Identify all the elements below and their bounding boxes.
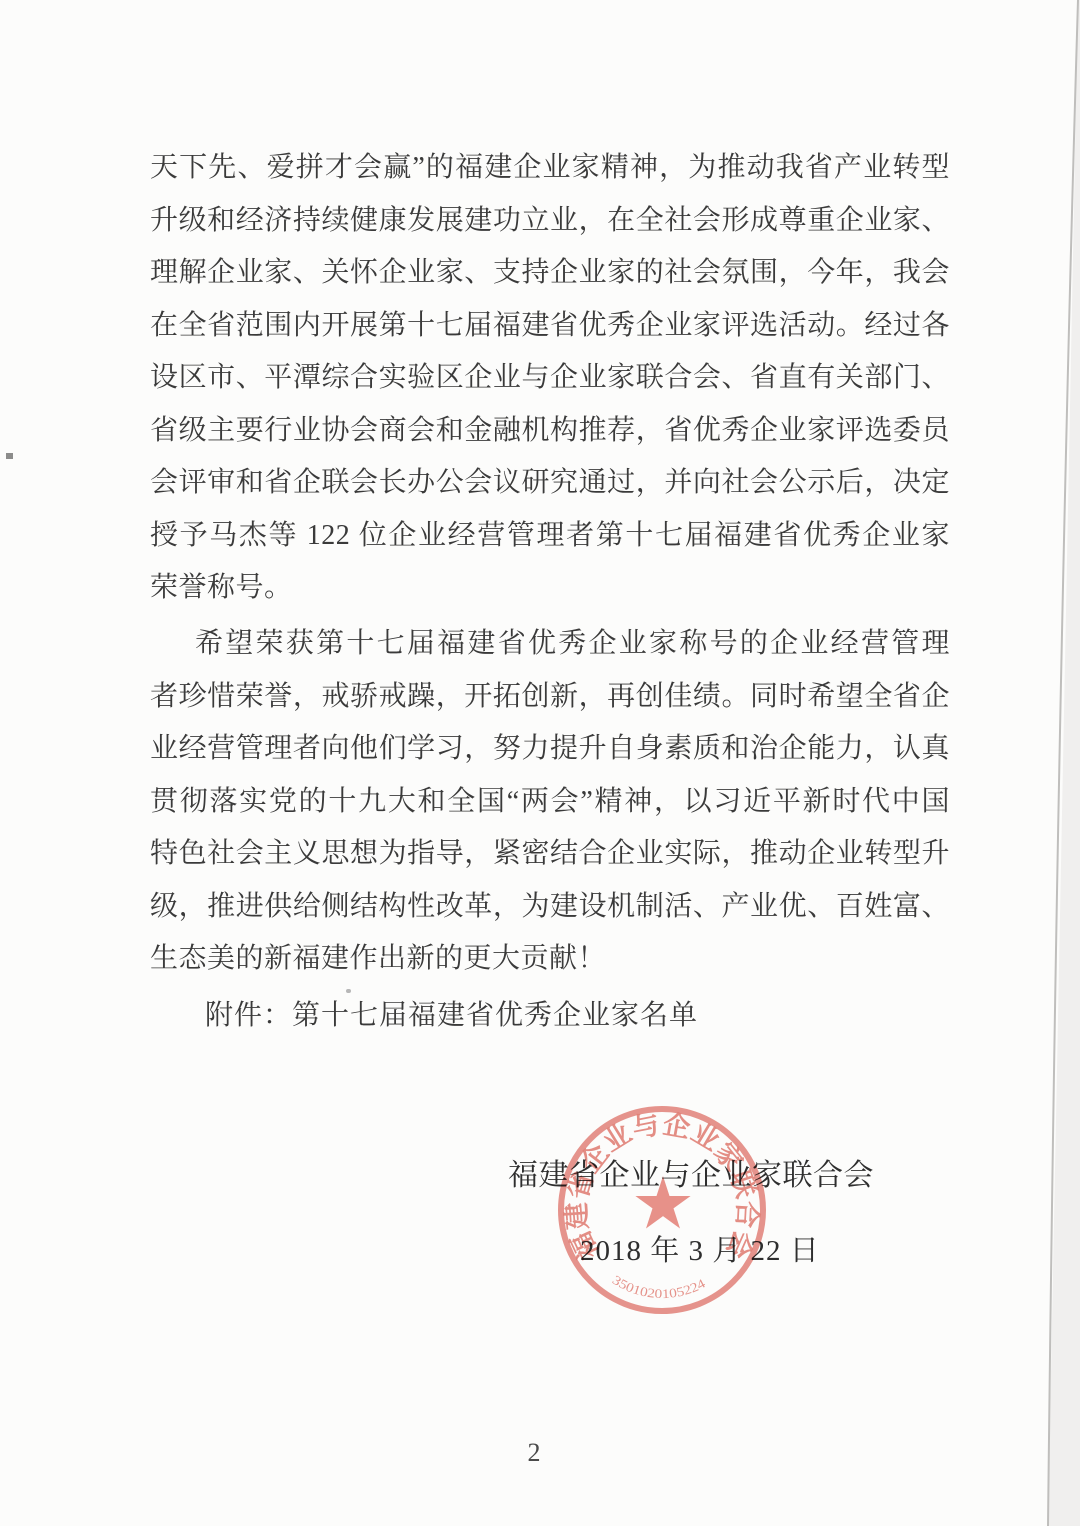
body-paragraph-2: 希望荣获第十七届福建省优秀企业家称号的企业经营管理 者珍惜荣誉，戒骄戒躁，开拓创…	[150, 618, 950, 986]
scanned-document-page: 天下先、爱拼才会赢”的福建企业家精神，为推动我省产业转型 升级和经济持续健康发展…	[0, 0, 1080, 1526]
seal-ring	[561, 1109, 763, 1311]
body-line: 省级主要行业协会商会和金融机构推荐，省优秀企业家评选委员	[150, 405, 950, 458]
body-paragraph-1: 天下先、爱拼才会赢”的福建企业家精神，为推动我省产业转型 升级和经济持续健康发展…	[150, 142, 950, 615]
svg-text:3501020105224: 3501020105224	[610, 1272, 708, 1301]
body-line: 升级和经济持续健康发展建功立业，在全社会形成尊重企业家、	[150, 195, 950, 248]
official-seal: 福建省企业与企业家联合会 3501020105224	[550, 1098, 774, 1322]
body-line: 业经营管理者向他们学习，努力提升自身素质和治企能力，认真	[150, 723, 950, 776]
body-line: 理解企业家、关怀企业家、支持企业家的社会氛围，今年，我会	[150, 247, 950, 300]
attachment-line: 附件：第十七届福建省优秀企业家名单	[205, 990, 698, 1042]
body-line: 贯彻落实党的十九大和全国“两会”精神，以习近平新时代中国	[150, 776, 950, 829]
signature-date: 2018 年 3 月 22 日	[580, 1228, 820, 1269]
seal-serial-number: 3501020105224	[610, 1272, 708, 1301]
body-line: 荣誉称号。	[150, 562, 950, 615]
body-line: 天下先、爱拼才会赢”的福建企业家精神，为推动我省产业转型	[150, 142, 950, 195]
body-line: 会评审和省企联会长办公会议研究通过，并向社会公示后，决定	[150, 457, 950, 510]
page-number: 2	[514, 1438, 554, 1468]
scan-speck	[346, 989, 351, 993]
body-line: 特色社会主义思想为指导，紧密结合企业实际，推动企业转型升	[150, 828, 950, 881]
body-line: 生态美的新福建作出新的更大贡献！	[150, 933, 950, 986]
body-line: 希望荣获第十七届福建省优秀企业家称号的企业经营管理	[150, 618, 950, 671]
scan-edge-shade	[1048, 0, 1080, 1526]
scan-edge-line	[1048, 0, 1078, 1526]
body-line: 设区市、平潭综合实验区企业与企业家联合会、省直有关部门、	[150, 352, 950, 405]
body-line: 者珍惜荣誉，戒骄戒躁，开拓创新，再创佳绩。同时希望全省企	[150, 671, 950, 724]
body-line: 在全省范围内开展第十七届福建省优秀企业家评选活动。经过各	[150, 300, 950, 353]
body-line: 级，推进供给侧结构性改革，为建设机制活、产业优、百姓富、	[150, 881, 950, 934]
signature-organization: 福建省企业与企业家联合会	[508, 1150, 874, 1194]
scan-speck	[6, 453, 13, 459]
seal-graphic: 福建省企业与企业家联合会 3501020105224	[550, 1098, 774, 1322]
body-line: 授予马杰等 122 位企业经营管理者第十七届福建省优秀企业家	[150, 510, 950, 563]
